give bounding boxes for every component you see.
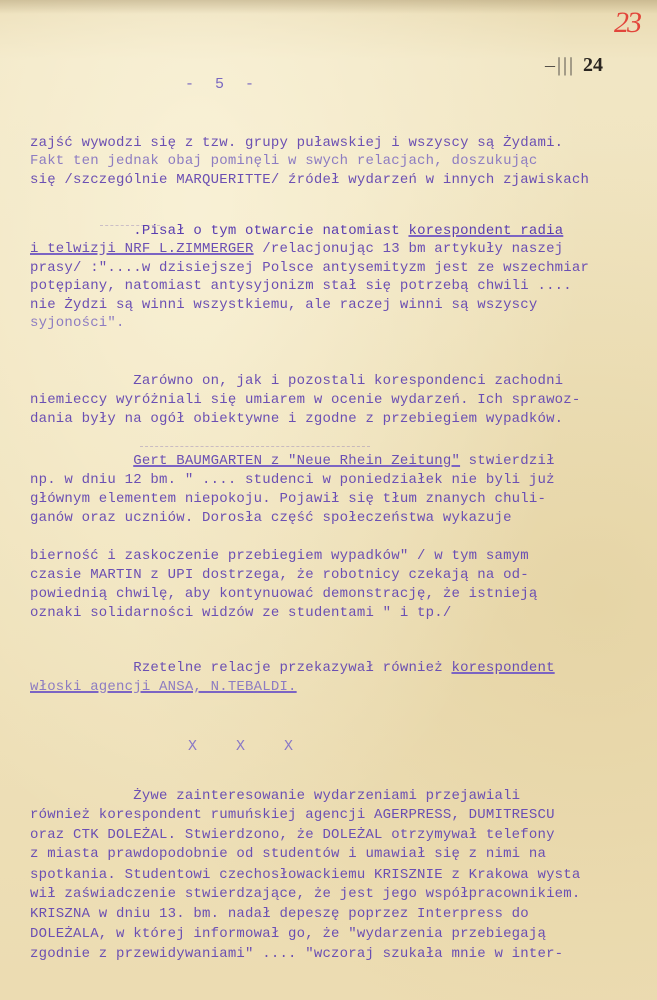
typewritten-document-page: 23 –|||24 - 5 - zajść wywodzi się z tzw.…: [0, 0, 657, 1000]
text-line: głównym elementem niepokoju. Pojawił się…: [30, 490, 546, 508]
folio-stamp: –|||24: [545, 54, 603, 77]
text-line: się /szczególnie MARQUERITTE/ źródeł wyd…: [30, 171, 589, 189]
text-line: DOLEŻALA, w której informował go, że "wy…: [30, 925, 546, 943]
handwritten-archive-number: 23: [614, 6, 640, 40]
line-text: /relacjonując 13 bm artykuły naszej: [254, 241, 564, 257]
folio-number: 24: [583, 54, 603, 76]
text-line: syjonoścі".: [30, 314, 125, 332]
text-line: niemieccy wyróżniali się umiarem w oceni…: [30, 391, 581, 409]
text-line: np. w dniu 12 bm. " .... studenci w poni…: [30, 471, 555, 489]
text-line: włoski agencji ANSA, N.TEBALDI.: [30, 678, 297, 696]
text-line: z miasta prawdopodobnie od studentów i u…: [30, 845, 546, 863]
text-line: oznaki solidarności widzów ze studentami…: [30, 604, 451, 622]
text-line: ganów oraz uczniów. Dorosła część społec…: [30, 509, 512, 527]
text-line: KRISZNA w dniu 13. bm. nadał depeszę pop…: [30, 905, 529, 923]
text-line: Zarówno on, jak i pozostali korespondenc…: [30, 372, 563, 390]
faint-rule: [140, 446, 370, 447]
line-text: Rzetelne relacje przekazywał również: [30, 660, 451, 676]
text-line: dania były na ogół obiektywne i zgodne z…: [30, 410, 563, 428]
text-line: zgodnie z przewidywaniami" .... "wczoraj…: [30, 945, 563, 963]
text-line: .Pisał o tym otwarcie natomiast korespon…: [30, 222, 563, 240]
line-text: stwierdził: [460, 453, 555, 469]
text-line: bierność i zaskoczenie przebiegiem wypad…: [30, 547, 529, 565]
underlined-name: Gert BAUMGARTEN z "Neue Rhein Zeitung": [133, 453, 460, 469]
line-text: [30, 453, 133, 469]
page-number: - 5 -: [185, 76, 260, 93]
text-line: czasie MARTIN z UPI dostrzega, że robotn…: [30, 566, 529, 584]
text-line: potępiany, natomiast antysyjonizm stał s…: [30, 277, 572, 295]
folio-prefix: –|||: [545, 54, 575, 76]
text-line: nie Żydzi są winni wszystkiemu, ale racz…: [30, 296, 537, 314]
text-line: Rzetelne relacje przekazywał również kor…: [30, 659, 555, 677]
text-line: powiednią chwilę, aby kontynuować demons…: [30, 585, 537, 603]
line-text: .Pisał o tym otwarcie natomiast: [30, 223, 408, 239]
underlined-name: korespondent: [451, 660, 554, 676]
text-line: Gert BAUMGARTEN z "Neue Rhein Zeitung" s…: [30, 452, 555, 470]
text-line: i telwizji NRF L.ZIMMERGER /relacjonując…: [30, 240, 563, 258]
underlined-name: korespondent radia: [408, 223, 563, 239]
text-line: wił zaświadczenie stwierdzające, że jest…: [30, 885, 581, 903]
text-line: Fakt ten jednak obaj pominęli w swych re…: [30, 152, 537, 170]
underlined-name: włoski agencji ANSA, N.TEBALDI.: [30, 679, 297, 695]
text-line: prasy/ :"....w dzisiejszej Polsce antyse…: [30, 259, 589, 277]
text-line: spotkania. Studentowi czechosłowackiemu …: [30, 866, 581, 884]
text-line: oraz CTK DOLEŻAL. Stwierdzono, że DOLEŻA…: [30, 826, 555, 844]
text-line: zajść wywodzi się z tzw. grupy puławskie…: [30, 134, 563, 152]
text-line: Żywe zainteresowanie wydarzeniami przeja…: [30, 787, 520, 805]
section-separator: X X X: [188, 738, 293, 755]
text-line: również korespondent rumuńskiej agencji …: [30, 806, 555, 824]
underlined-name: i telwizji NRF L.ZIMMERGER: [30, 241, 254, 257]
